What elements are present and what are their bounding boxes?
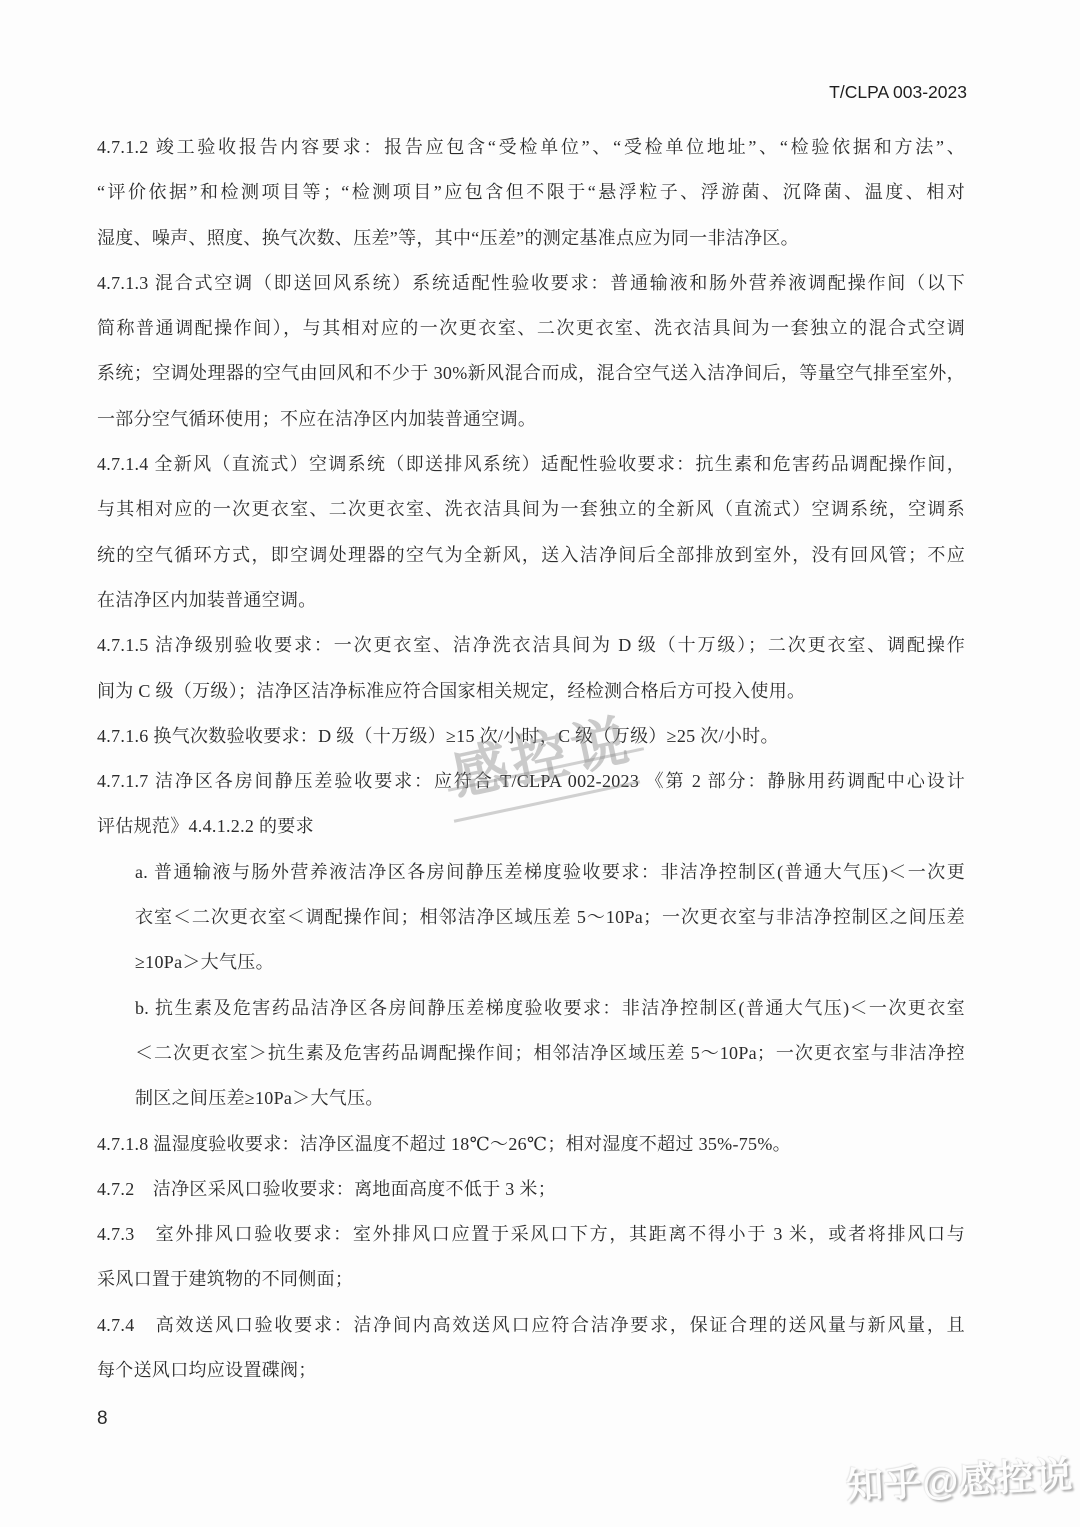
text-line: 每个送风口均应设置碟阀；: [97, 1348, 965, 1393]
text-line: 4.7.1.5 洁净级别验收要求：一次更衣室、洁净洗衣洁具间为 D 级（十万级）…: [97, 623, 965, 668]
text-line: 湿度、噪声、照度、换气次数、压差”等，其中“压差”的测定基准点应为同一非洁净区。: [97, 216, 965, 261]
text-line: 采风口置于建筑物的不同侧面；: [97, 1257, 965, 1302]
text-line: 统的空气循环方式，即空调处理器的空气为全新风，送入洁净间后全部排放到室外，没有回…: [97, 533, 965, 578]
text-line: 4.7.1.8 温湿度验收要求：洁净区温度不超过 18℃～26℃；相对湿度不超过…: [97, 1122, 965, 1167]
text-line: 间为 C 级（万级）；洁净区洁净标准应符合国家相关规定，经检测合格后方可投入使用…: [97, 669, 965, 714]
text-line: 4.7.1.3 混合式空调（即送回风系统）系统适配性验收要求：普通输液和肠外营养…: [97, 261, 965, 306]
text-line: 与其相对应的一次更衣室、二次更衣室、洗衣洁具间为一套独立的全新风（直流式）空调系…: [97, 487, 965, 532]
page-number: 8: [97, 1408, 108, 1430]
text-line: 4.7.4 高效送风口验收要求：洁净间内高效送风口应符合洁净要求，保证合理的送风…: [97, 1303, 965, 1348]
doc-code: T/CLPA 003-2023: [829, 82, 967, 103]
text-line: 制区之间压差≥10Pa＞大气压。: [97, 1076, 965, 1121]
text-line: ＜二次更衣室＞抗生素及危害药品调配操作间；相邻洁净区域压差 5～10Pa；一次更…: [97, 1031, 965, 1076]
text-line: 一部分空气循环使用；不应在洁净区内加装普通空调。: [97, 397, 965, 442]
text-line: “评价依据”和检测项目等；“检测项目”应包含但不限于“悬浮粒子、浮游菌、沉降菌、…: [97, 170, 965, 215]
text-line: 评估规范》4.4.1.2.2 的要求: [97, 804, 965, 849]
text-line: 衣室＜二次更衣室＜调配操作间；相邻洁净区域压差 5～10Pa；一次更衣室与非洁净…: [97, 895, 965, 940]
document-page: T/CLPA 003-2023 4.7.1.2 竣工验收报告内容要求：报告应包含…: [0, 0, 1080, 1527]
text-line: 4.7.2 洁净区采风口验收要求：离地面高度不低于 3 米；: [97, 1167, 965, 1212]
text-line: 4.7.1.4 全新风（直流式）空调系统（即送排风系统）适配性验收要求：抗生素和…: [97, 442, 965, 487]
zhihu-watermark: 知乎@感控说: [845, 1444, 1075, 1510]
text-line: 4.7.3 室外排风口验收要求：室外排风口应置于采风口下方，其距离不得小于 3 …: [97, 1212, 965, 1257]
text-line: a. 普通输液与肠外营养液洁净区各房间静压差梯度验收要求：非洁净控制区(普通大气…: [97, 850, 965, 895]
text-line: ≥10Pa＞大气压。: [97, 940, 965, 985]
text-line: 在洁净区内加装普通空调。: [97, 578, 965, 623]
text-line: 4.7.1.2 竣工验收报告内容要求：报告应包含“受检单位”、“受检单位地址”、…: [97, 125, 965, 170]
text-line: 系统；空调处理器的空气由回风和不少于 30%新风混合而成，混合空气送入洁净间后，…: [97, 351, 965, 396]
text-line: b. 抗生素及危害药品洁净区各房间静压差梯度验收要求：非洁净控制区(普通大气压)…: [97, 986, 965, 1031]
text-line: 简称普通调配操作间），与其相对应的一次更衣室、二次更衣室、洗衣洁具间为一套独立的…: [97, 306, 965, 351]
